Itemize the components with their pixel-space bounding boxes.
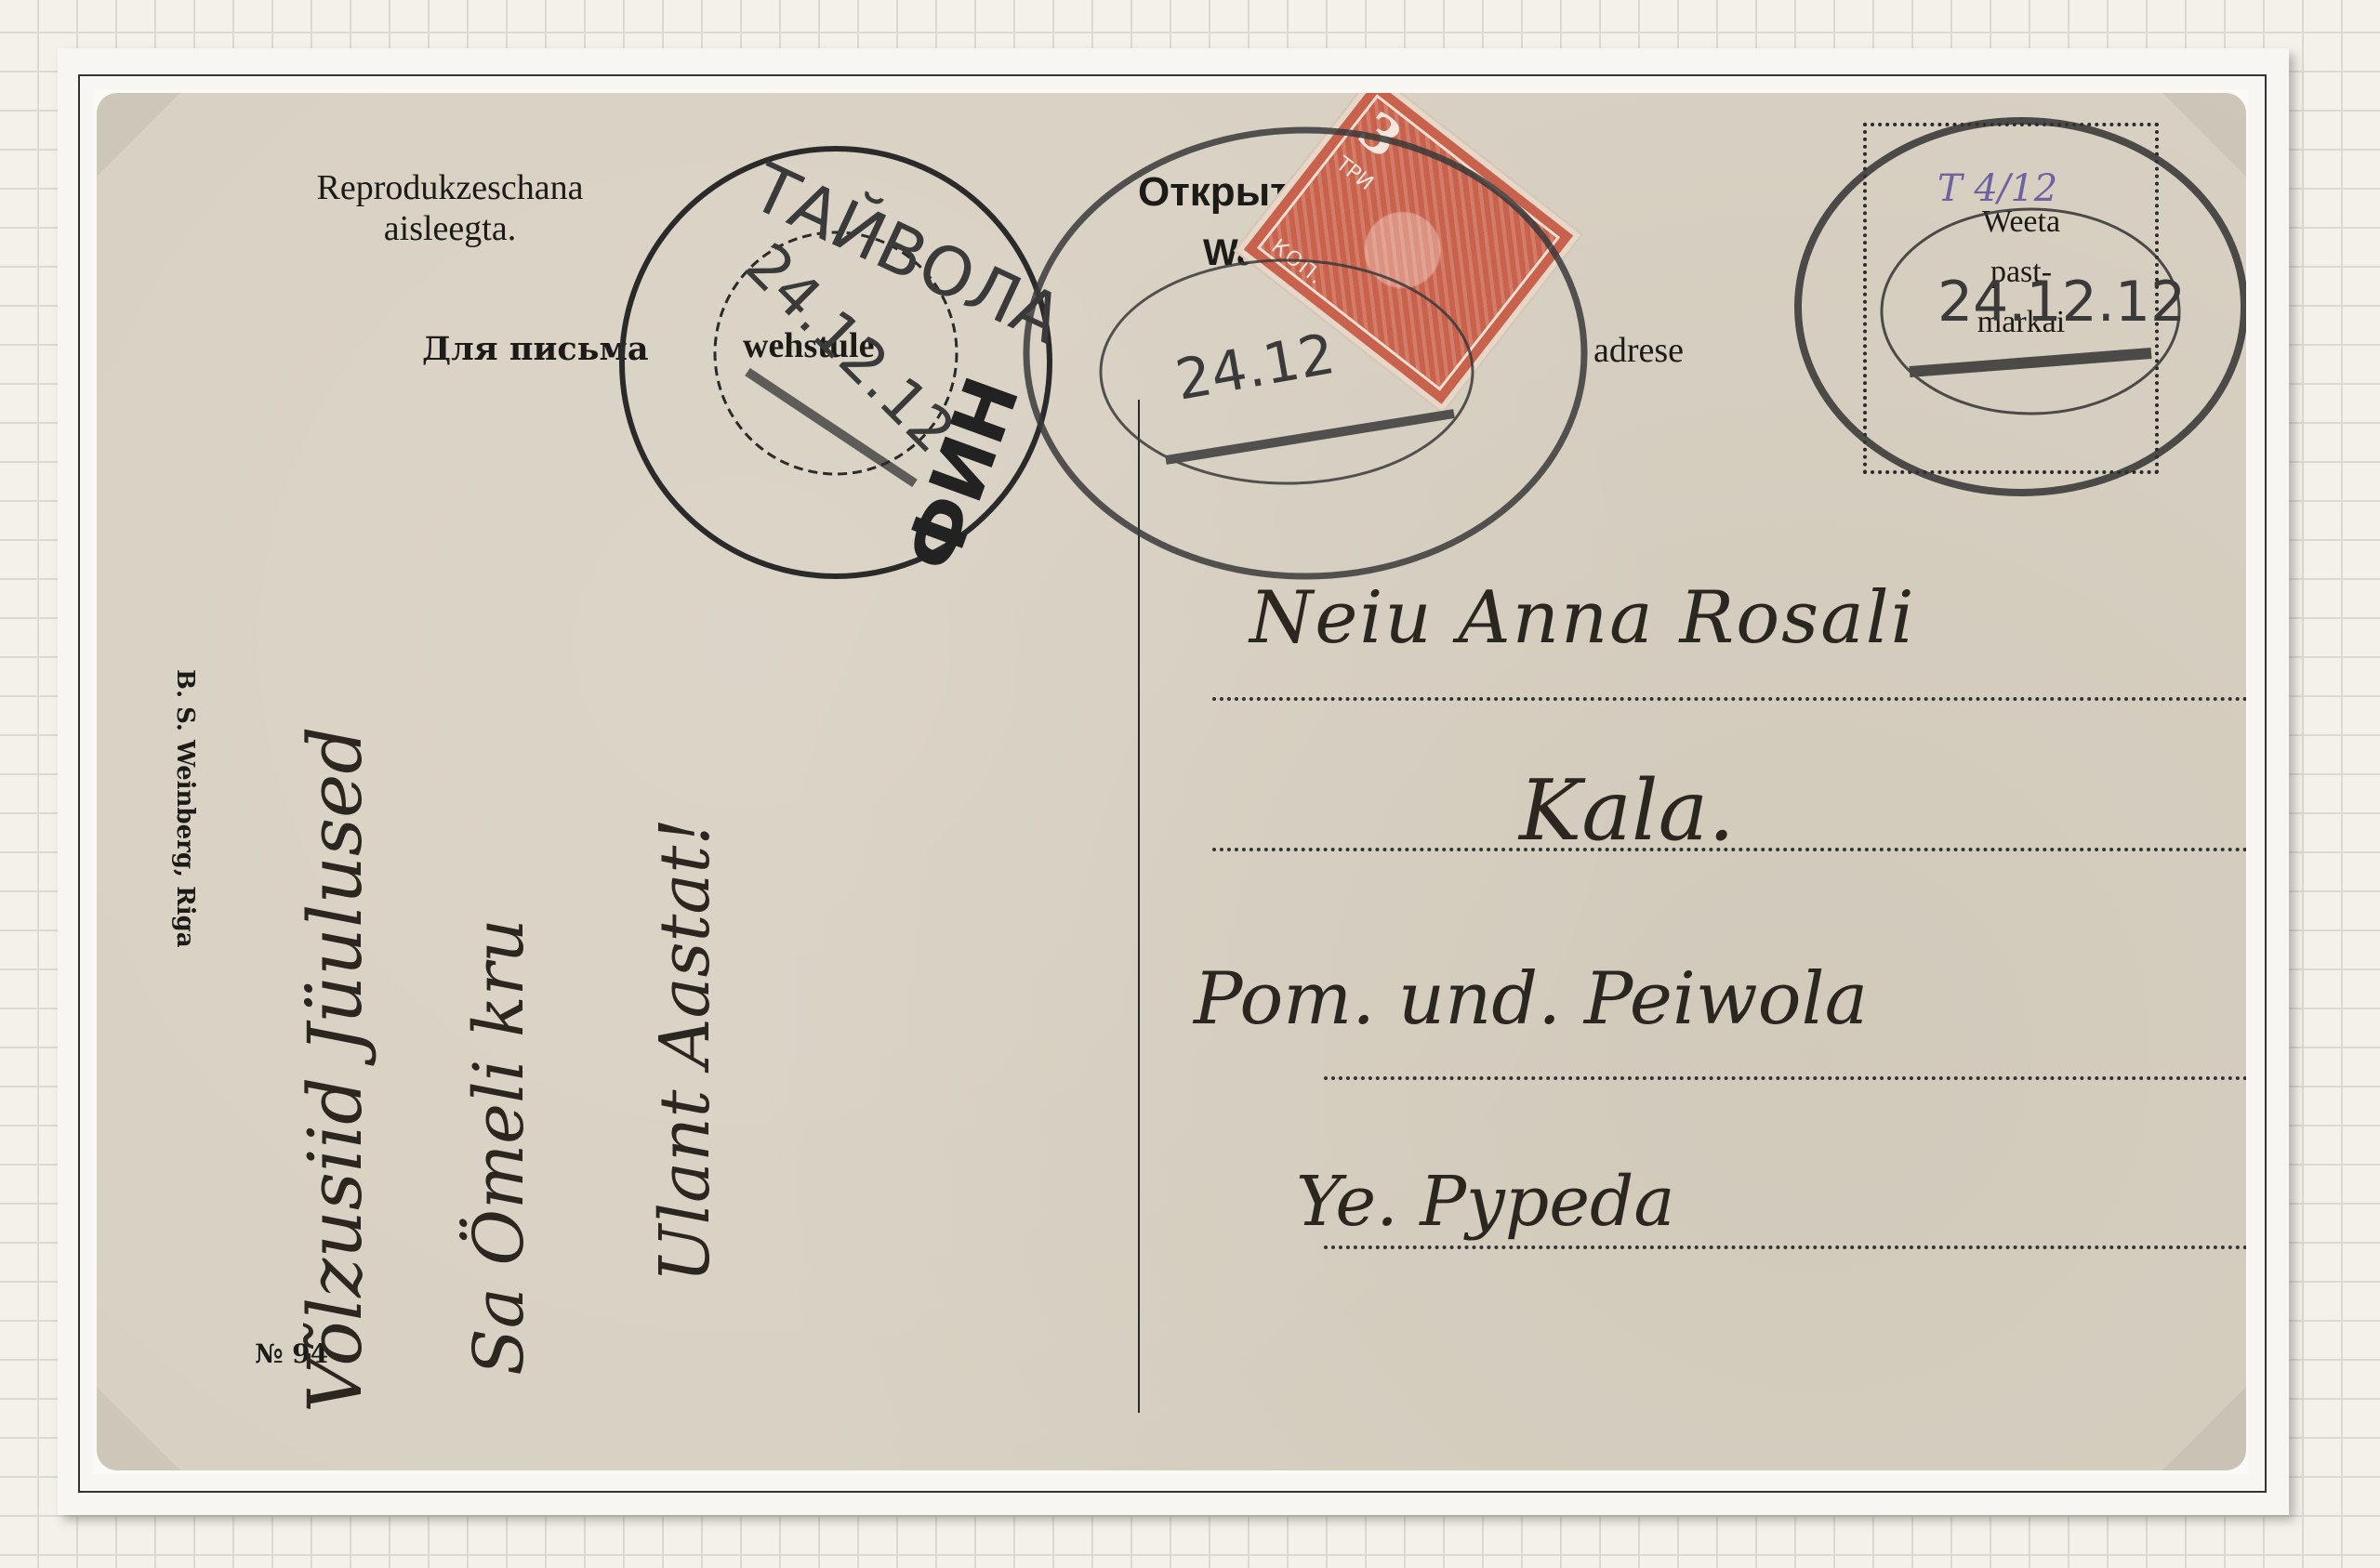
greeting-line-2: Sa Ömeli kru <box>459 918 539 1376</box>
greeting-line-1: Võlzusiid Jüulused <box>292 726 378 1413</box>
letter-label-lv: wehstule <box>743 325 874 366</box>
photo-corner <box>97 93 180 177</box>
stamp-box-line: past- <box>1947 247 2096 297</box>
pencil-annotation: T 4/12 <box>1937 167 2057 210</box>
postcard: Reprodukzeschana aisleegta. Для письма w… <box>97 93 2246 1470</box>
address-line <box>1324 1245 2246 1249</box>
recipient-name: Neiu Anna Rosali <box>1249 576 1916 660</box>
stamp-box-line: markai <box>1947 297 2096 348</box>
taivola-postmark-country: ФИН <box>887 366 1036 582</box>
recipient-parish: Pom. und. Peiwola <box>1194 957 1868 1041</box>
recipient-district: Ye. Pypeda <box>1296 1162 1675 1242</box>
postage-stamp: 3 ТРИ КОП. <box>1236 93 1580 412</box>
notice-line-2: aisleegta. <box>283 208 617 249</box>
address-divider-line <box>1138 400 1140 1413</box>
spb-postmark-date: 24.12 <box>1170 322 1339 414</box>
stamp-box-label: Weeta past- markai <box>1947 197 2096 348</box>
greeting-line-3: Ulant Aastat! <box>645 818 725 1283</box>
photo-corner <box>97 1387 180 1470</box>
publisher-name: B. S. Weinberg, Riga <box>171 669 199 948</box>
notice-line-1: Reprodukzeschana <box>283 167 617 208</box>
address-line <box>1324 1076 2246 1080</box>
address-line <box>1212 697 2246 701</box>
stamp-ornament <box>1257 94 1560 390</box>
letter-label-ru: Для письма <box>422 330 649 368</box>
photo-corner <box>2162 1387 2246 1470</box>
address-label: adrese <box>1593 330 1684 371</box>
recipient-locality: Kala. <box>1519 762 1735 860</box>
photo-corner <box>2162 93 2246 177</box>
reproduction-notice: Reprodukzeschana aisleegta. <box>283 167 617 249</box>
